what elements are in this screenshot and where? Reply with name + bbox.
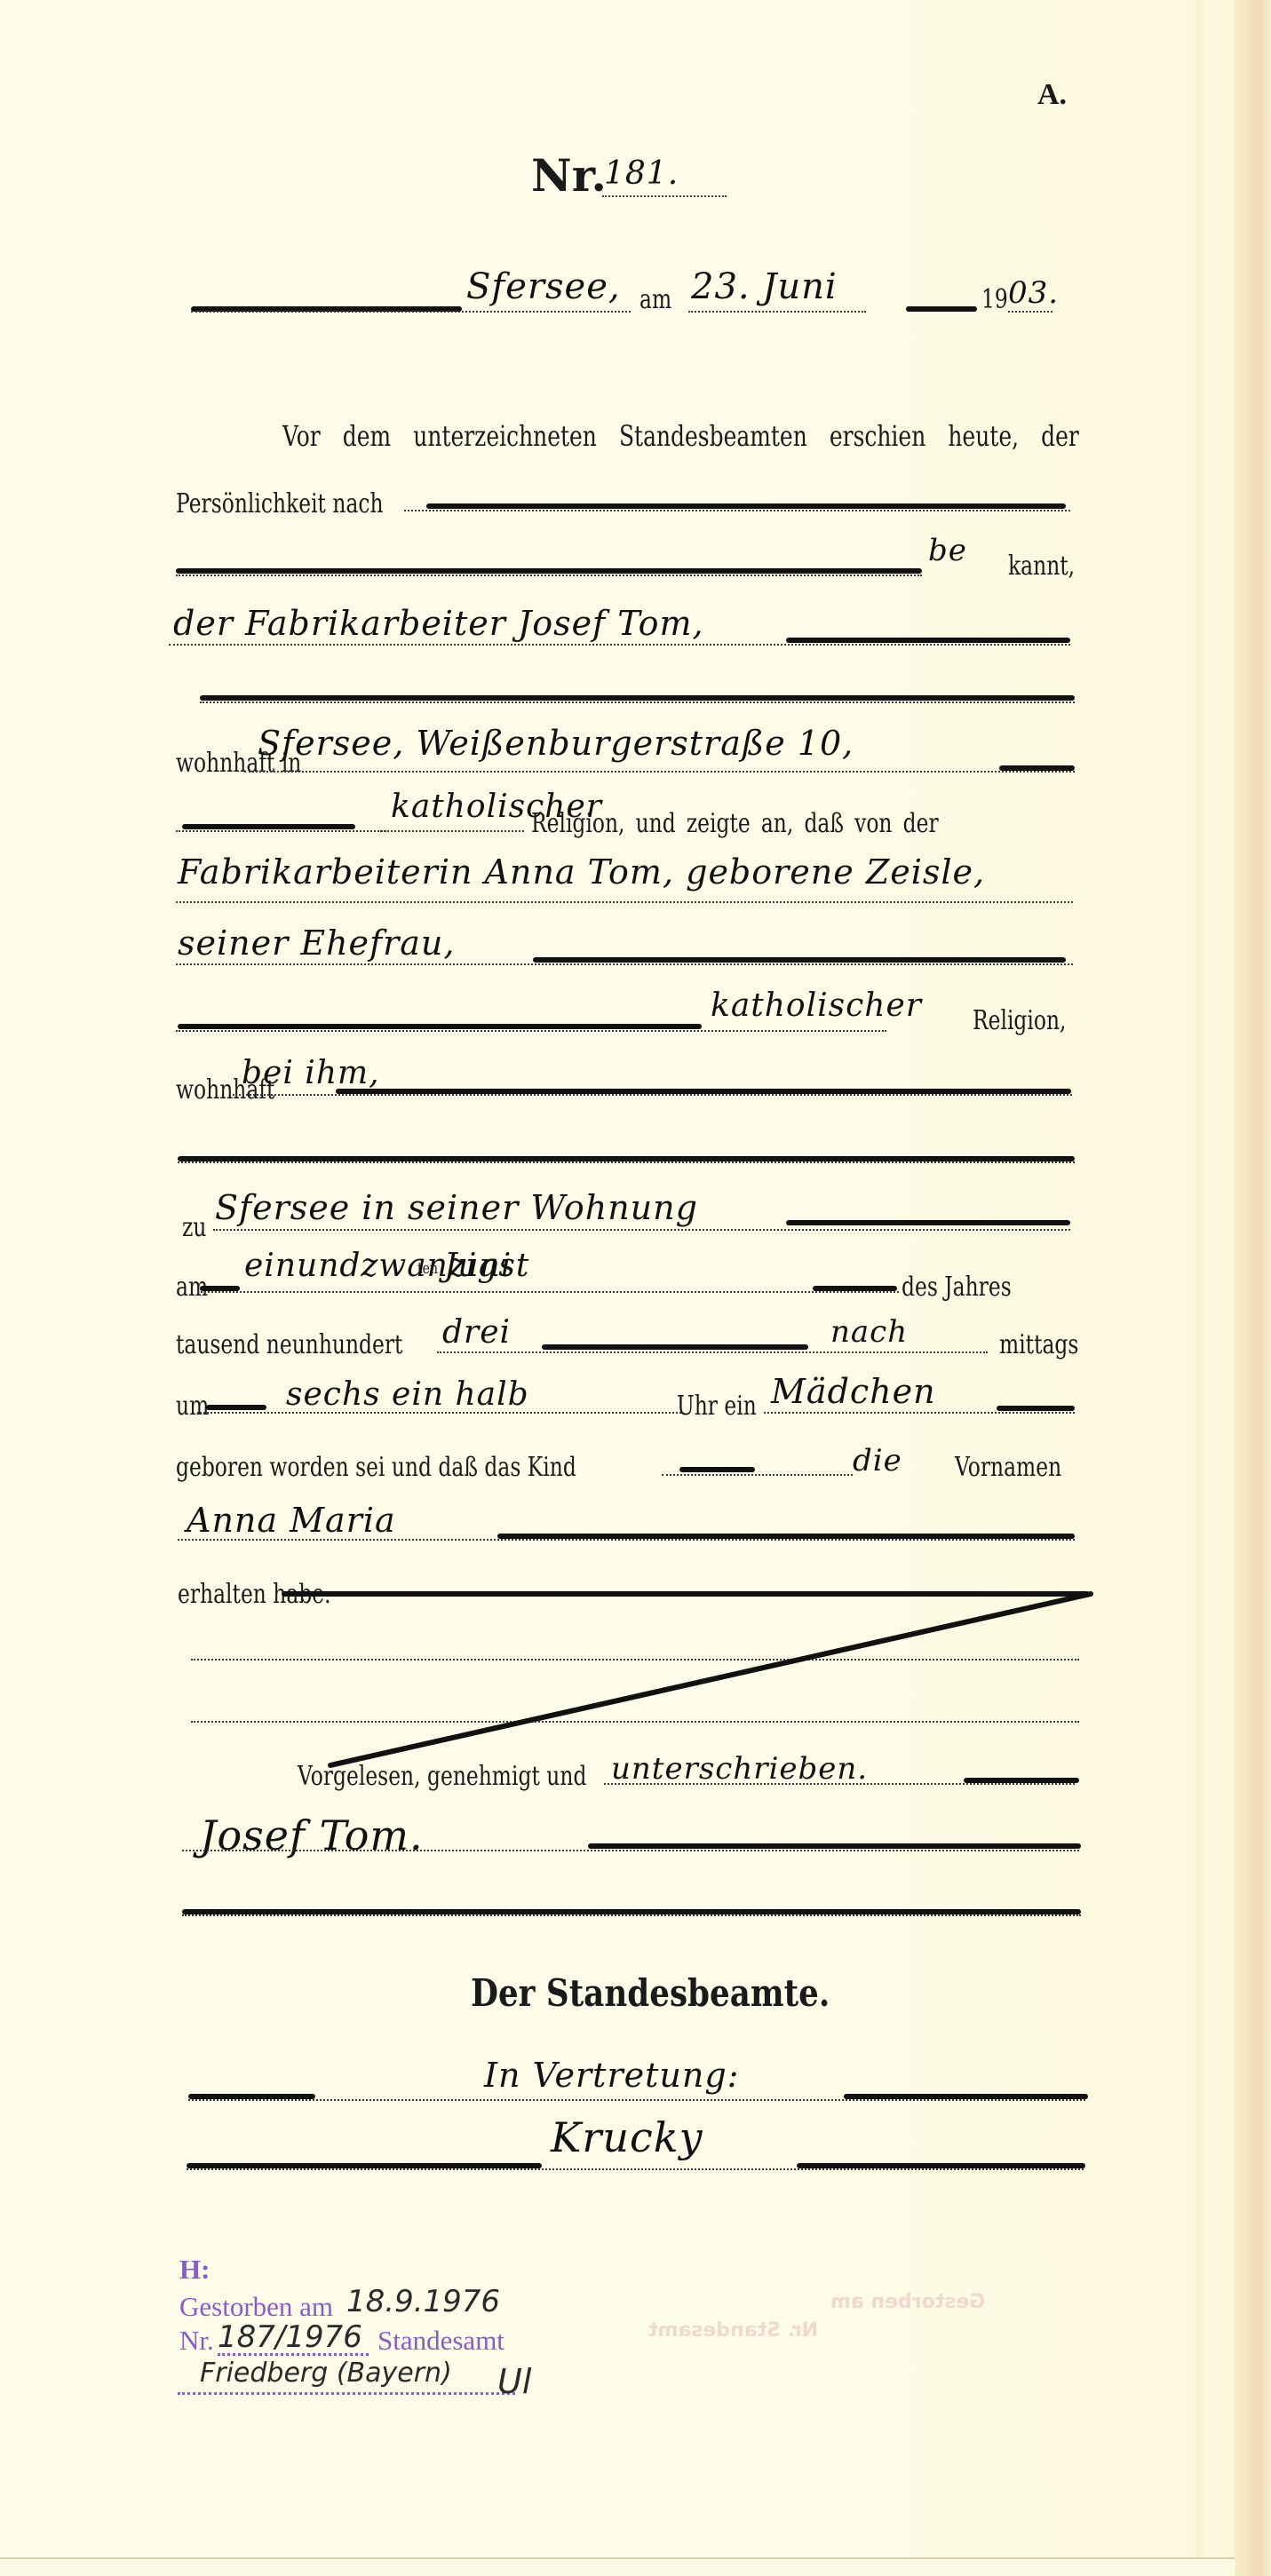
strike-through-line [0,0,1271,2576]
blank-bar [213,2094,313,2099]
official-signature: Krucky [551,2113,703,2161]
informant-signature: Josef Tom. [200,1811,424,1859]
vorgelesen-text: Vorgelesen, genehmigt und [298,1761,586,1792]
blank-bar [964,1778,1079,1783]
blank-bar [588,1843,1081,1849]
unterschrieben-line [604,1783,1075,1785]
vertretung-text: In Vertretung: [484,2056,739,2095]
unterschrieben-handwritten: unterschrieben. [611,1751,868,1787]
official-heading: Der Standesbeamte. [471,1971,830,2015]
vertretung-line [188,2099,1085,2101]
death-record-number: 187/1976 [218,2319,362,2355]
official-signature-line [187,2168,1084,2170]
blank-bar [844,2094,1088,2099]
stamp-h-label: H: [179,2254,210,2286]
death-date: 18.9.1976 [346,2284,500,2319]
bleed-through-stamp-line-2: Nr. Standesamt [648,2319,818,2342]
registry-office: Friedberg (Bayern) [200,2358,452,2389]
stamp-standesamt-label: Standesamt [377,2325,504,2357]
stamp-nr-line [218,2353,369,2356]
stamp-office-line [178,2392,515,2395]
signature-line [182,1850,1079,1851]
stamp-nr-label: Nr. [179,2325,214,2357]
bleed-through-stamp-line-1: Gestorben am [830,2291,985,2313]
stamp-gestorben-label: Gestorben am [179,2291,333,2323]
clerk-initials: Ul [497,2362,531,2401]
line [182,1914,1081,1916]
blank-bar [797,2163,1085,2168]
